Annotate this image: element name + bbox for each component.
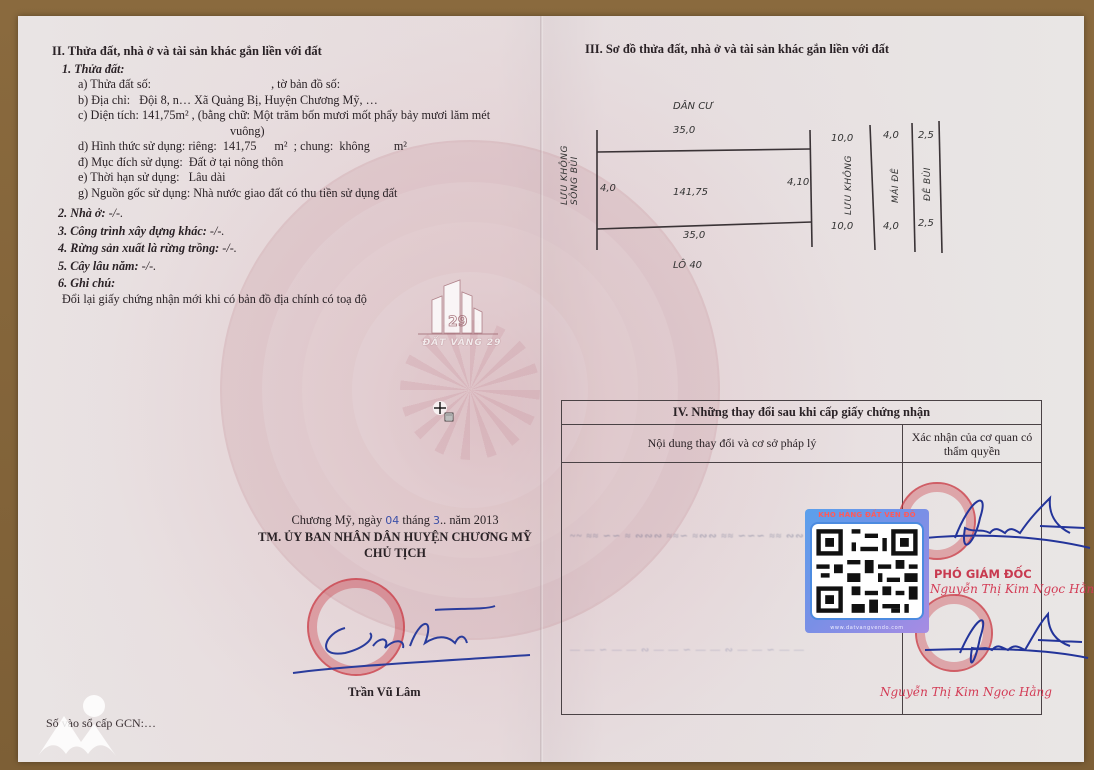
parcel-sketch: DÂN CƯ 35,0 4,0 141,75 4,10 35,0 LÔ 40 L…: [555, 95, 995, 285]
svg-text:29: 29: [448, 314, 467, 330]
item-house: 2. Nhà ở: -/-.: [52, 206, 532, 222]
bottom-length: 35,0: [683, 230, 705, 241]
right-length: 4,10: [787, 177, 809, 188]
top-neighbor: DÂN CƯ: [673, 101, 714, 112]
confirm-title: PHÓ GIÁM ĐỐC: [934, 567, 1032, 581]
dyke-label: ĐÊ BÙI: [923, 161, 933, 201]
left-length: 4,0: [600, 183, 616, 194]
dyke-slope-label: MÁI ĐÊ: [891, 163, 901, 203]
right-road-label: LƯU KHÔNG: [844, 145, 854, 215]
day-value: 04: [385, 514, 399, 527]
width-top-2: 4,0: [883, 130, 899, 141]
crosshair-cursor-icon: [432, 400, 454, 422]
width-bottom-3: 2,5: [918, 218, 934, 229]
section-2-land-info: II. Thửa đất, nhà ở và tài sản khác gắn …: [52, 44, 532, 307]
qr-code-icon[interactable]: [812, 524, 922, 618]
issuing-org: TM. ỦY BAN NHÂN DÂN HUYỆN CHƯƠNG MỸ: [250, 529, 540, 545]
qr-url: www.datvangvendo.com: [805, 625, 929, 631]
faded-handwriting-2: — — ∽ — — ∾ — — ∽ — — ∾ — — ∽ — —: [570, 645, 890, 656]
director-signature-1: [920, 488, 1094, 568]
month-value: 3: [433, 514, 440, 527]
parcel-number-row: a) Thửa đất số:, tờ bản đồ số:: [52, 77, 532, 93]
area-value: 141,75m²: [142, 108, 189, 122]
parcel-heading: 1. Thửa đất:: [52, 62, 532, 78]
section-4-heading: IV. Những thay đổi sau khi cấp giấy chứn…: [562, 401, 1041, 425]
width-bottom-2: 4,0: [883, 221, 899, 232]
bottom-neighbor: LÔ 40: [673, 260, 702, 271]
item-forest: 4. Rừng sản xuất là rừng trồng: -/-.: [52, 241, 532, 257]
signer-title: CHỦ TỊCH: [250, 545, 540, 561]
qr-code-box[interactable]: [810, 522, 924, 620]
section-3-heading: III. Sơ đồ thửa đất, nhà ở và tài sản kh…: [585, 42, 889, 57]
section-2-heading: II. Thửa đất, nhà ở và tài sản khác gắn …: [52, 44, 532, 60]
logo-text: ĐẤT VÀNG 29: [402, 338, 522, 348]
width-bottom-1: 10,0: [831, 221, 853, 232]
chairman-signature: [285, 598, 535, 678]
address-value: Đội 8, n… Xã Quảng Bị, Huyện Chương Mỹ, …: [139, 93, 378, 107]
usage-form-row: d) Hình thức sử dụng: riêng: 141,75m² ; …: [52, 139, 532, 155]
parcel-area: 141,75: [673, 187, 708, 198]
left-road-label: LƯU KHÔNG SÔNG BÙI: [560, 135, 586, 205]
col-change-content: Nội dung thay đổi và cơ sở pháp lý: [562, 425, 903, 462]
item-other-construction: 3. Công trình xây dựng khác: -/-.: [52, 224, 532, 240]
width-top-3: 2,5: [918, 130, 934, 141]
col-authority-confirm: Xác nhận của cơ quan có thẩm quyền: [903, 425, 1041, 462]
page-fold: [540, 16, 543, 762]
director-signature-2: [920, 608, 1094, 678]
watermark-logo-icon: [36, 690, 126, 760]
purpose-row: đ) Mục đích sử dụng: Đất ở tại nông thôn: [52, 155, 532, 171]
qr-title: KHO HÀNG ĐẤT VEN ĐÔ: [805, 511, 929, 519]
qr-code-card[interactable]: KHO HÀNG ĐẤT VEN ĐÔ www.datvangvendo.com: [805, 509, 929, 633]
signing-block: Chương Mỹ, ngày 04 tháng 3.. năm 2013 TM…: [250, 512, 540, 561]
place-date: Chương Mỹ, ngày 04 tháng 3.. năm 2013: [250, 512, 540, 529]
dat-vang-29-logo: 29 ĐẤT VÀNG 29: [410, 278, 510, 358]
item-perennial: 5. Cây lâu năm: -/-.: [52, 259, 532, 275]
confirm-name-2: Nguyễn Thị Kim Ngọc Hằng: [880, 685, 1052, 699]
term-row: e) Thời hạn sử dụng: Lâu dài: [52, 170, 532, 186]
confirm-name-1: Nguyễn Thị Kim Ngọc Hằng: [930, 582, 1094, 596]
area-words-cont: vuông): [52, 124, 532, 140]
address-row: b) Địa chỉ: Đội 8, n… Xã Quảng Bị, Huyện…: [52, 93, 532, 109]
origin-row: g) Nguồn gốc sử dụng: Nhà nước giao đất …: [52, 186, 532, 202]
top-length: 35,0: [673, 125, 695, 136]
building-logo-icon: 29: [410, 278, 510, 338]
width-top-1: 10,0: [831, 133, 853, 144]
area-row: c) Diện tích: 141,75m² , (bằng chữ: Một …: [52, 108, 532, 124]
signer-name: Trần Vũ Lâm: [348, 685, 421, 700]
table-header: Nội dung thay đổi và cơ sở pháp lý Xác n…: [562, 425, 1041, 463]
